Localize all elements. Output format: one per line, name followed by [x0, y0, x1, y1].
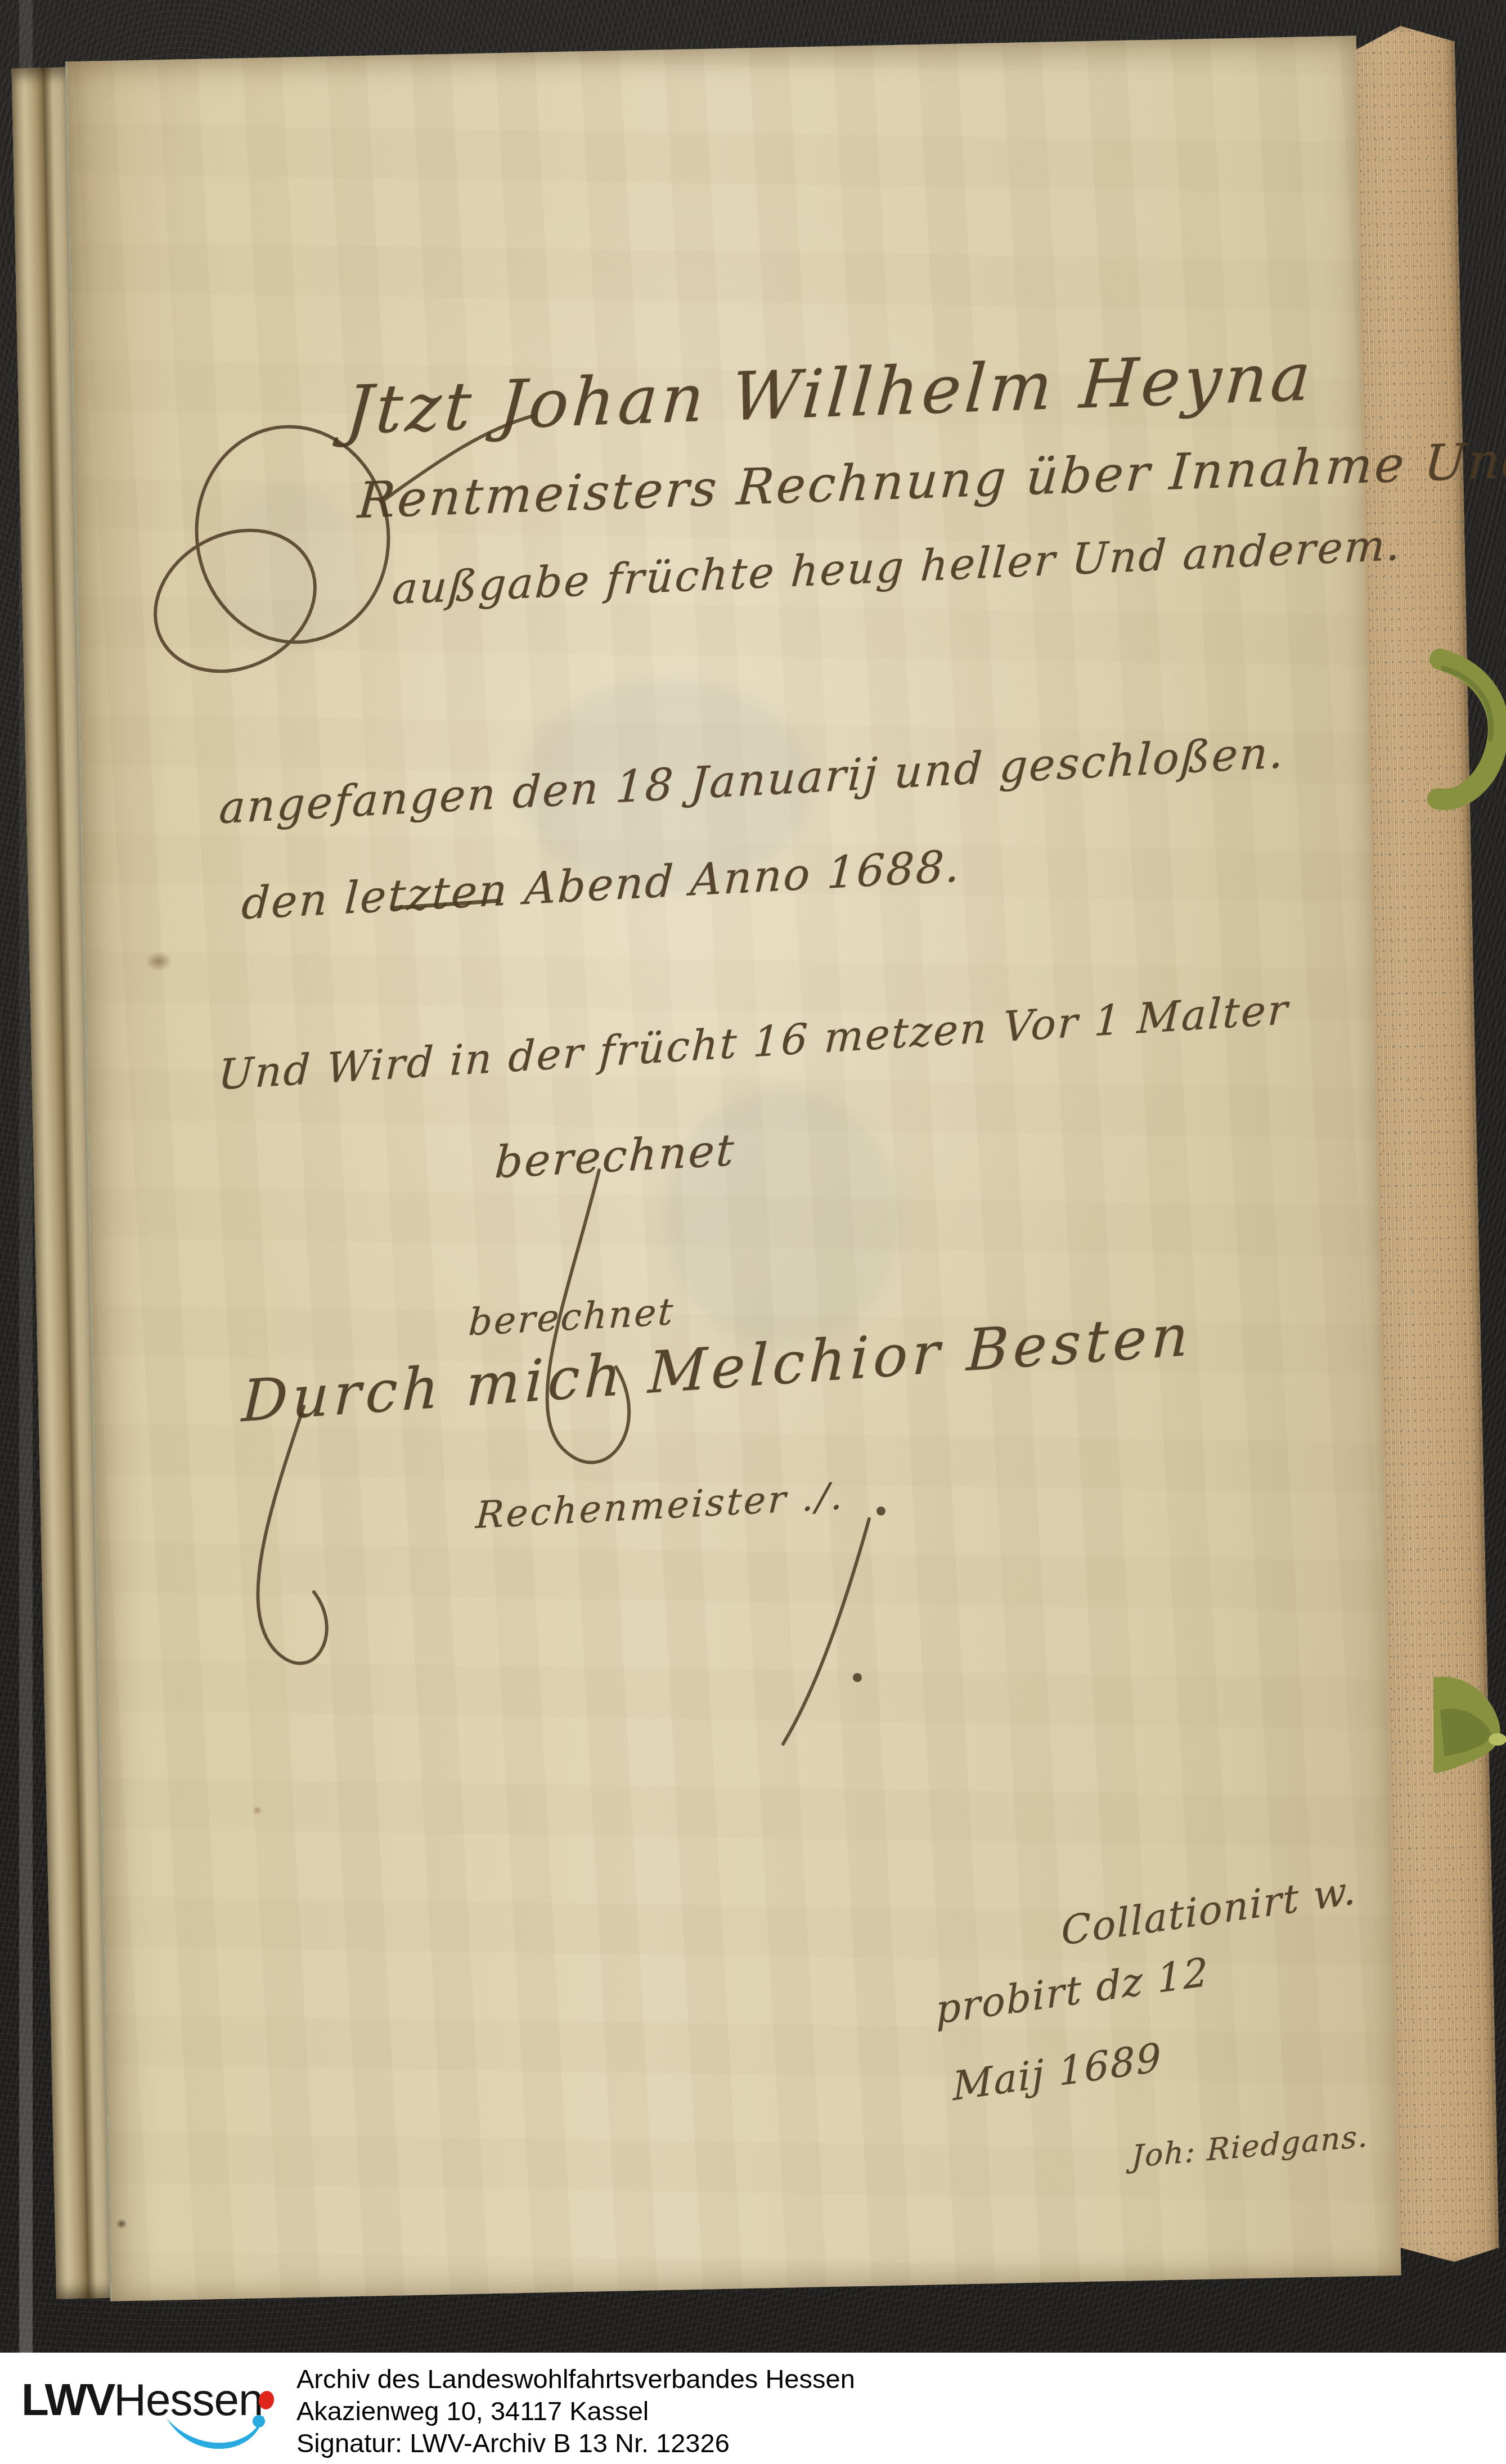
paper-stain — [145, 952, 172, 971]
logo-text-bold: LWV — [21, 2377, 114, 2422]
ink-bleedthrough — [210, 483, 360, 655]
paper-stain — [116, 2219, 127, 2229]
paper-stain — [252, 1806, 262, 1815]
ink-bleedthrough — [662, 1086, 903, 1349]
archive-name: Archiv des Landeswohlfahrtsverbandes Hes… — [296, 2363, 855, 2395]
archive-signature: Signatur: LWV-Archiv B 13 Nr. 12326 — [296, 2427, 855, 2459]
logo-swoosh-icon — [164, 2412, 268, 2449]
archive-info: Archiv des Landeswohlfahrtsverbandes Hes… — [296, 2363, 855, 2459]
archive-address: Akazienweg 10, 34117 Kassel — [296, 2395, 855, 2427]
